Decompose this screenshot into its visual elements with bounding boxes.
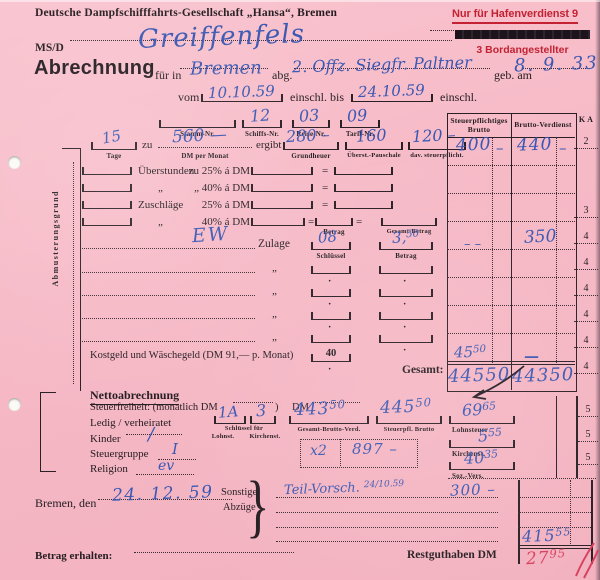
betrag-erhalten-line — [134, 552, 294, 553]
zulage-schluessel-label: Schlüssel — [300, 252, 362, 260]
fuer-in-label: für in — [155, 68, 181, 83]
sum-box-line — [518, 497, 591, 498]
betrag-erhalten-label: Betrag erhalten: — [35, 550, 112, 562]
tage-value: 15 — [101, 128, 122, 146]
kinder-label: Kinder — [90, 433, 121, 445]
lohnst-label: Lohnst. — [202, 433, 244, 440]
brutto-row1-value: 400 — [456, 136, 492, 154]
brutto-row8-value: 4550 — [454, 344, 487, 360]
kirchensteuer-value: 555 — [478, 427, 503, 444]
table-row-line — [447, 165, 575, 166]
dot-mark: · — [328, 322, 331, 333]
kirchensteuer-sup: 55 — [488, 425, 503, 439]
abzug-line — [276, 527, 498, 528]
schiffs-nr-field — [243, 127, 281, 128]
ueberst-pauschale-value: 160 — [356, 127, 387, 145]
religion-label: Religion — [90, 463, 128, 475]
hours-row-dm-field — [252, 225, 304, 226]
advance-note-text: Teil-Vorsch. — [284, 481, 360, 499]
punch-hole-bottom — [8, 398, 21, 411]
hours-row-dm-field — [252, 208, 312, 209]
equals-sign: = — [322, 165, 328, 177]
table-row-line — [447, 277, 575, 278]
dot-mark: · — [403, 299, 406, 310]
zulage-betrag-field — [380, 249, 432, 250]
gesamt-betrag-field — [382, 225, 436, 226]
ueberst-pauschale-label: Überst.-Pauschale — [338, 152, 410, 159]
ditto-betrag-field — [380, 319, 432, 320]
kinder-mark: ∕ — [148, 426, 154, 444]
ew-handwriting: EW — [191, 225, 230, 247]
grundheuer-value: 280 – — [286, 127, 330, 145]
hours-row-field — [83, 225, 131, 226]
steuerpfl-brutto-sup: 50 — [415, 395, 432, 410]
payroll-form: Deutsche Dampfschifffahrts-Gesellschaft … — [0, 0, 600, 580]
advance-amount: 300 – — [450, 482, 496, 499]
steuerfrei-label: Steuerfreiheit: (monatlich DM — [90, 402, 218, 413]
equals-sign: = — [356, 216, 362, 228]
hours-row-mid: zu 25% á DM — [163, 165, 250, 177]
zulage-schluessel-value: 08 — [317, 229, 337, 246]
grundheuer-label: Grundheuer — [276, 152, 346, 160]
steuerpfl-brutto-value: 44550 — [380, 397, 433, 417]
sozvers-field — [450, 469, 514, 470]
sozvers-main: 40 — [464, 448, 485, 468]
ditto-betrag-field — [380, 296, 432, 297]
ka-value: 4 — [574, 257, 598, 270]
rest-value: 2795 — [526, 548, 567, 568]
netto-bottom-line — [448, 478, 596, 479]
kirchenst-key-value: 3 — [255, 403, 266, 420]
brace: } — [246, 472, 270, 542]
ditto-schluessel-field — [312, 319, 350, 320]
ka-value: 5 — [578, 429, 598, 442]
abg-label: abg. — [272, 68, 292, 83]
steuerfrei-line — [233, 402, 273, 403]
abmusterung-line — [82, 248, 255, 249]
deduction-total-sup: 55 — [555, 525, 571, 539]
ditto-betrag-field — [380, 342, 432, 343]
msd-label: MS/D — [35, 42, 64, 54]
dot-mark: · — [403, 322, 406, 333]
ditto-mark: „ — [272, 262, 277, 274]
brutto-row1-pf: – — [496, 141, 504, 156]
hafenverdienst-note: Nur für Hafenverdienst 9 — [452, 8, 578, 24]
dot-mark: · — [328, 276, 331, 287]
dm-monat-label: DM per Monat — [158, 152, 252, 160]
punch-hole-top — [8, 156, 21, 169]
rest-value-main: 27 — [526, 548, 551, 569]
ditto-betrag-field — [380, 273, 432, 274]
rest-value-sup: 95 — [549, 546, 566, 561]
hours-row-dm-field — [252, 174, 312, 175]
abmusterung-dotted-line — [73, 162, 74, 384]
ditto-schluessel-field — [312, 296, 350, 297]
lohnst-key-value: 1A — [218, 404, 239, 420]
einschl-label: einschl. — [440, 90, 477, 105]
ka-value: 4 — [574, 335, 598, 348]
hours-row-amount-field — [335, 174, 392, 175]
equals-sign: = — [322, 182, 328, 194]
lohnsteuer-field — [450, 423, 514, 424]
ueberst-pauschale-field — [346, 149, 402, 150]
dot-mark: · — [403, 345, 406, 356]
zulage-schluessel-field — [312, 249, 350, 250]
vom-label: vom — [178, 90, 199, 105]
abmusterung-line — [82, 272, 255, 273]
kostgeld-label: Kostgeld und Wäschegeld (DM 91,— p. Mona… — [90, 350, 293, 361]
ka-value: 2 — [574, 136, 598, 149]
deduction-total-main: 415 — [522, 526, 556, 546]
gesamt-brutto-main: 443 — [294, 399, 330, 420]
sum-box-line — [518, 512, 591, 513]
hours-row-amount-field — [335, 208, 392, 209]
religion-value: ev — [158, 459, 174, 473]
religion-line — [136, 474, 194, 475]
rest-label: Restguthaben DM — [407, 549, 497, 561]
abmusterung-line — [82, 341, 255, 342]
person-handwriting: 2. Offz. Siegfr. Paltner — [292, 55, 472, 76]
reise-nr-value: 03 — [298, 107, 319, 124]
hours-row-amount-field — [335, 191, 392, 192]
ka-value: 4 — [574, 283, 598, 296]
kirchenst-key-field — [251, 423, 275, 424]
table-row-line — [447, 305, 575, 306]
tax-table-col-divider — [511, 113, 512, 390]
hours-row-mid: „ 40% á DM — [163, 182, 250, 194]
ledig-label: Ledig / verheiratet — [90, 417, 171, 429]
ka-value: 3 — [574, 205, 598, 218]
ditto-mark: „ — [272, 285, 277, 297]
sozvers-value: 4035 — [464, 449, 499, 467]
sum-box-left-border — [518, 480, 520, 564]
steuergruppe-label: Steuergruppe — [90, 448, 148, 460]
kostgeld-field — [312, 361, 350, 362]
dot-mark: · — [328, 299, 331, 310]
city-date-value: 24. 12. 59 — [112, 484, 214, 505]
hours-row-mid: 25% á DM — [163, 199, 250, 211]
zulage-betrag-value: 3,50 — [392, 229, 420, 246]
ka-value: 5 — [578, 452, 598, 465]
ka-value: 4 — [574, 231, 598, 244]
gesamt-brutto-sup: 50 — [329, 397, 346, 412]
hours-row-field — [83, 208, 131, 209]
hours-row-dm-field — [252, 191, 312, 192]
equals-sign: = — [308, 216, 314, 228]
ditto-mark: „ — [272, 308, 277, 320]
table-row-line — [447, 221, 575, 222]
hours-row-field — [83, 174, 131, 175]
advance-note: Teil-Vorsch. 24/10.59 — [284, 480, 405, 497]
stamp-box-divider — [340, 439, 341, 466]
advance-date: 24/10.59 — [364, 479, 405, 490]
lohnsteuer-value: 6965 — [462, 401, 497, 419]
stamp-right-value: 897 – — [352, 442, 398, 457]
ka-value: 5 — [578, 404, 598, 417]
gesamt-brutto-value: 44350 — [294, 399, 347, 419]
brutto-row8-sup: 50 — [473, 344, 486, 355]
company-name: Deutsche Dampfschifffahrts-Gesellschaft … — [35, 7, 337, 19]
sozvers-sup: 35 — [484, 447, 499, 461]
netto-bracket — [40, 392, 56, 472]
grundheuer-field — [284, 149, 338, 150]
gesamt-brutto-label: Gesamt-Brutto-Verd. — [288, 426, 370, 433]
redaction-bar — [455, 30, 590, 39]
tage-label: Tage — [92, 152, 136, 160]
abmusterung-line — [82, 318, 255, 319]
steuergruppe-value: I — [172, 442, 178, 457]
brutto-row4-dashes: – – — [464, 238, 481, 251]
scan-edge-top — [0, 0, 600, 2]
stamp-left-value: x2 — [310, 444, 327, 458]
kostgeld-value: 40 — [312, 348, 350, 359]
abzug-line — [276, 541, 498, 542]
tarif-nr-value: 09 — [346, 107, 367, 124]
city-date-label: Bremen, den — [35, 496, 96, 511]
deduction-total-value: 41555 — [522, 527, 572, 545]
abmusterung-label: Abmusterungsgrund — [51, 190, 60, 287]
gesamt-label: Gesamt: — [402, 364, 444, 376]
ditto-mark: „ — [272, 331, 277, 343]
schiffs-nr-label: Schiffs-Nr. — [236, 130, 288, 138]
ka-header: K A — [574, 115, 598, 124]
zulage-betrag-label: Betrag — [380, 252, 432, 260]
steuerpfl-brutto-main: 445 — [380, 397, 416, 418]
tage-field — [92, 149, 136, 150]
abzug-line — [276, 512, 498, 513]
col-brutto-header-2: Brutto — [448, 125, 510, 134]
birth-handwriting: 8. 9. 33 — [514, 55, 599, 76]
ka-value: 4 — [574, 361, 598, 374]
ship-name-handwriting: Greiffenfels — [138, 21, 306, 53]
abmusterung-bracket — [62, 148, 81, 391]
col-brutto-header-1: Steuerpflichtiges — [448, 116, 510, 125]
place-handwriting: Bremen — [190, 59, 262, 78]
dot-mark: · — [403, 276, 406, 287]
ditto-schluessel-field — [312, 273, 350, 274]
verdienst-row4-value: 350 — [524, 228, 557, 247]
table-row-line — [447, 333, 575, 334]
schluessel-fuer-label: Schlüssel für — [211, 425, 277, 432]
date-from-handwriting: 10.10.59 — [208, 84, 275, 101]
zulage-label: Zulage — [258, 238, 290, 250]
pfennig-divider — [492, 137, 493, 363]
verdienst-row1-value: 440 — [517, 136, 553, 154]
zu-label: zu — [142, 139, 152, 151]
equals-sign: = — [322, 199, 328, 211]
form-title: Abrechnung — [34, 57, 155, 80]
date-to-handwriting: 24.10.59 — [358, 83, 425, 100]
pfennig-divider — [556, 137, 557, 363]
dot-mark: · — [328, 364, 331, 375]
table-row-line — [447, 193, 575, 194]
einschl-bis-label: einschl. bis — [290, 90, 344, 105]
verdienst-row1-pf: – — [559, 141, 567, 156]
lohnsteuer-main: 69 — [462, 400, 483, 420]
hours-row-field — [83, 191, 131, 192]
col-verdienst-header: Brutto-Verdienst — [512, 120, 574, 129]
red-initials-squiggle — [568, 540, 600, 580]
schiffs-nr-value: 12 — [249, 107, 270, 124]
steuerpfl-brutto-label: Steuerpfl. Brutto — [375, 426, 443, 433]
gesamt-brutto-field — [290, 423, 368, 424]
ka-value: 4 — [574, 309, 598, 322]
dotted-line-small — [430, 30, 454, 31]
steuerfrei-close: ) — [275, 402, 279, 413]
dm-monat-value: 560 — — [172, 127, 228, 147]
steuerpfl-brutto-field — [377, 423, 441, 424]
lohnsteuer-sup: 65 — [482, 399, 497, 413]
brutto-row8-main: 45 — [454, 343, 474, 362]
netto-col-line — [556, 396, 557, 478]
ditto-schluessel-field — [312, 342, 350, 343]
kirchenst-label: Kirchenst. — [242, 433, 288, 440]
abmusterung-line — [82, 295, 255, 296]
date-to-field — [352, 101, 432, 102]
betrag-field — [316, 225, 352, 226]
ergibt-label: ergibt — [256, 139, 281, 151]
zulage-betrag-sup: 50 — [406, 228, 420, 240]
lohnst-key-field — [215, 423, 245, 424]
